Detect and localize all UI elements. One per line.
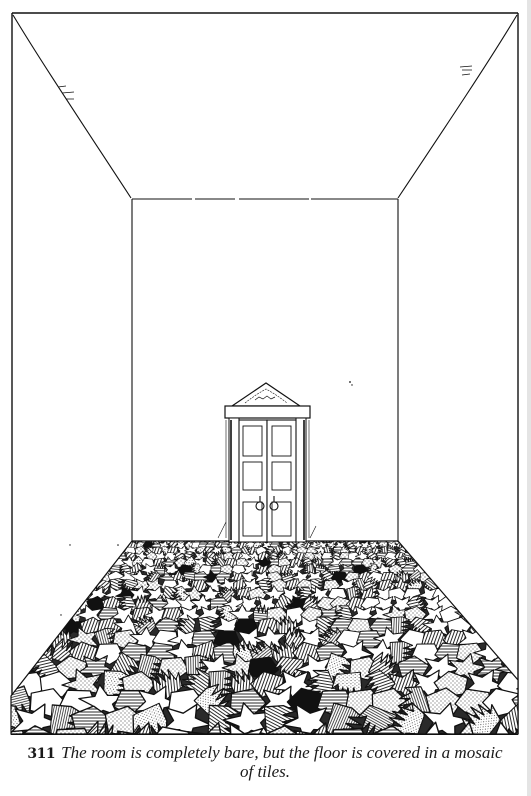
double-door: [218, 383, 316, 542]
figure-caption: 311The room is completely bare, but the …: [20, 744, 510, 781]
ceiling-edges: [13, 15, 517, 198]
caption-text: The room is completely bare, but the flo…: [61, 743, 502, 781]
tile-mosaic-floor: [0, 530, 531, 740]
door-pediment: [232, 383, 300, 406]
door-leaf-right: [267, 420, 296, 542]
room-illustration: [0, 0, 531, 740]
figure-number: 311: [27, 746, 55, 762]
book-page: 311The room is completely bare, but the …: [0, 0, 531, 796]
door-lintel: [225, 406, 310, 418]
